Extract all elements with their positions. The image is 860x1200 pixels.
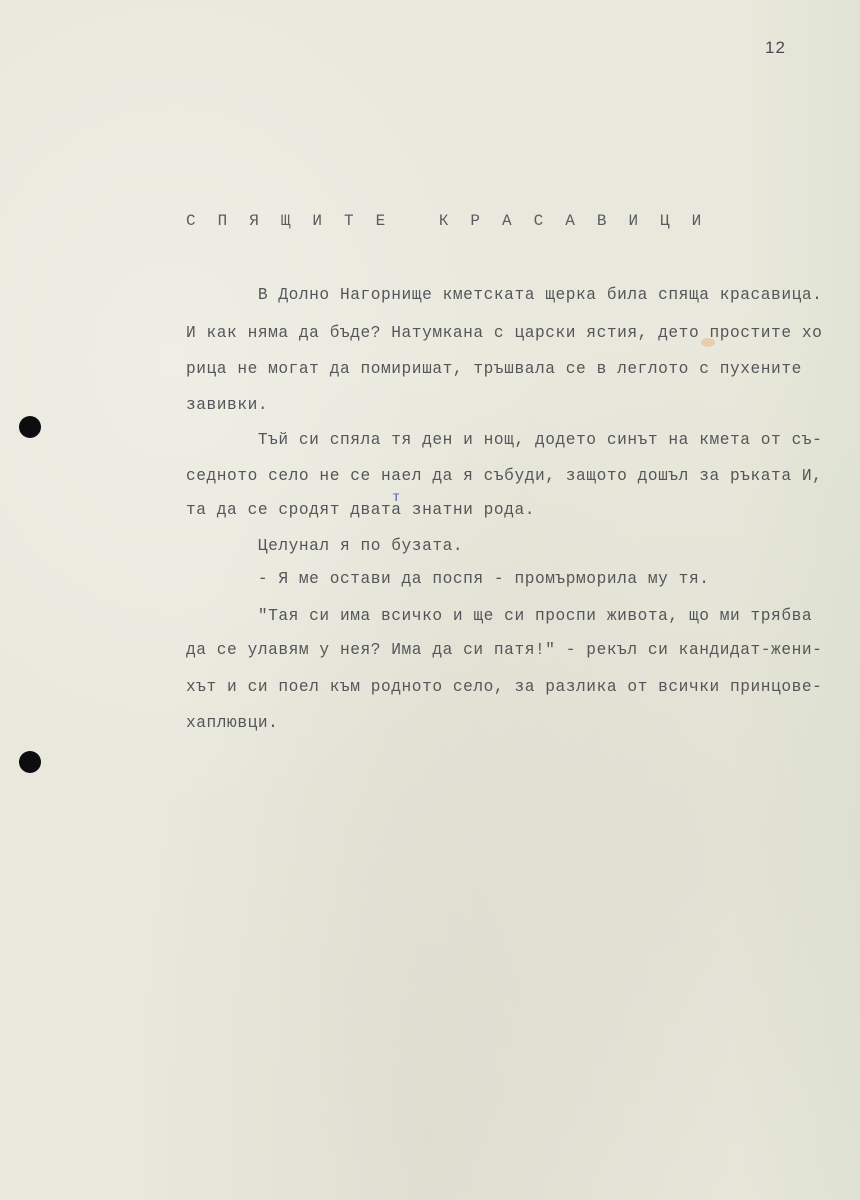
- text-line: Тъй си спяла тя ден и нощ, додето синът …: [186, 431, 822, 449]
- text-line: та да се сродят двата знатни рода.: [186, 501, 535, 519]
- page-number: 12: [765, 38, 786, 58]
- text-line: И как няма да бъде? Натумкана с царски я…: [186, 324, 822, 342]
- story-title: С П Я Щ И Т Е К Р А С А В И Ц И: [186, 212, 707, 230]
- text-line: - Я ме остави да поспя - промърморила му…: [186, 570, 709, 588]
- text-line: рица не могат да помиришат, тръшвала се …: [186, 360, 802, 378]
- text-line: седното село не се наел да я събуди, защ…: [186, 467, 822, 485]
- text-line: В Долно Нагорнище кметската щерка била с…: [186, 286, 822, 304]
- text-line: хът и си поел към родното село, за разли…: [186, 678, 822, 696]
- text-line: Целунал я по бузата.: [186, 537, 463, 555]
- text-line: хаплювци.: [186, 714, 278, 732]
- binder-hole-icon: [19, 416, 41, 438]
- text-line: да се улавям у нея? Има да си патя!" - р…: [186, 641, 822, 659]
- stain-mark: [701, 338, 715, 347]
- text-line: завивки.: [186, 396, 268, 414]
- binder-hole-icon: [19, 751, 41, 773]
- handwritten-correction: т: [393, 488, 399, 504]
- text-line: "Тая си има всичко и ще си проспи живота…: [186, 607, 812, 625]
